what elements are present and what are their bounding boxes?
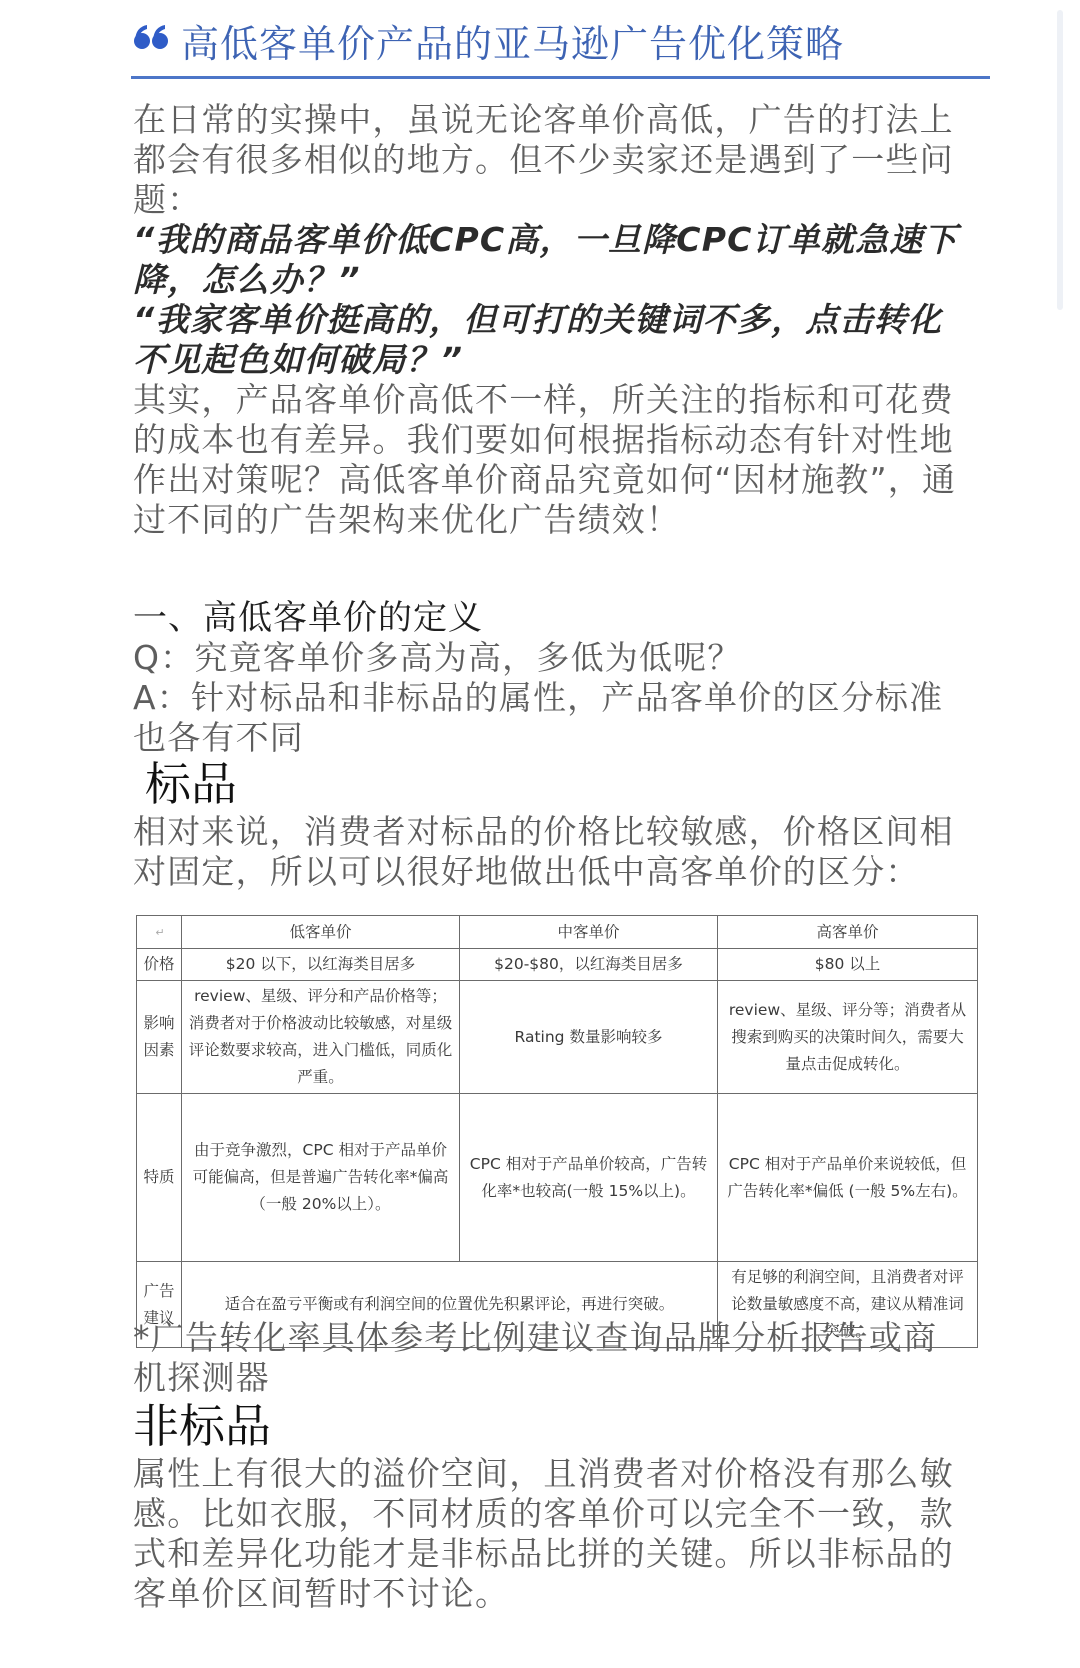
row-label: 价格 xyxy=(137,949,182,981)
nonstandard-heading: 非标品 xyxy=(133,1400,271,1452)
table-corner: ↵ xyxy=(137,916,182,949)
question-text: Q：究竟客单价多高为高，多低为低呢？ xyxy=(133,638,983,678)
intro-line: 在日常的实操中，虽说无论客单价高低，广告的打法上 xyxy=(133,100,983,140)
outro-line: 过不同的广告架构来优化广告绩效！ xyxy=(133,500,983,540)
standard-desc: 相对来说，消费者对标品的价格比较敏感，价格区间相 对固定，所以可以很好地做出低中… xyxy=(133,812,983,892)
table-row: 特质 由于竞争激烈，CPC 相对于产品单价可能偏高，但是普遍广告转化率*偏高（一… xyxy=(137,1094,978,1262)
desc-line: 式和差异化功能才是非标品比拼的关键。所以非标品的 xyxy=(133,1534,983,1574)
col-header: 高客单价 xyxy=(718,916,978,949)
footnote-line: 机探测器 xyxy=(133,1358,983,1398)
title-text: 高低客单价产品的亚马逊广告优化策略 xyxy=(181,14,844,74)
table-cell: CPC 相对于产品单价较高，广告转化率*也较高(一般 15%以上)。 xyxy=(460,1094,718,1262)
table-cell: review、星级、评分等；消费者从搜索到购买的决策时间久，需要大量点击促成转化… xyxy=(718,981,978,1094)
table-cell: $80 以上 xyxy=(718,949,978,981)
intro-line: 都会有很多相似的地方。但不少卖家还是遇到了一些问 xyxy=(133,140,983,180)
section-heading: 一、高低客单价的定义 xyxy=(133,598,483,638)
standard-heading: 标品 xyxy=(145,758,237,810)
row-label: 影响因素 xyxy=(137,981,182,1094)
scrollbar-thumb[interactable] xyxy=(1057,10,1063,310)
row-label: 特质 xyxy=(137,1094,182,1262)
intro-paragraph: 在日常的实操中，虽说无论客单价高低，广告的打法上 都会有很多相似的地方。但不少卖… xyxy=(133,100,983,540)
title-divider xyxy=(131,76,990,79)
quote-line: “我的商品客单价低CPC高，一旦降CPC订单就急速下 xyxy=(133,220,983,260)
col-header: 低客单价 xyxy=(182,916,460,949)
quote-line: 不见起色如何破局？” xyxy=(133,340,983,380)
quote-line: “我家客单价挺高的，但可打的关键词不多，点击转化 xyxy=(133,300,983,340)
quote-line: 降，怎么办？” xyxy=(133,260,983,300)
outro-line: 作出对策呢？高低客单价商品究竟如何“因材施教”，通 xyxy=(133,460,983,500)
footnote-line: *广告转化率具体参考比例建议查询品牌分析报告或商 xyxy=(133,1318,983,1358)
desc-line: 感。比如衣服，不同材质的客单价可以完全不一致，款 xyxy=(133,1494,983,1534)
answer-text: A：针对标品和非标品的属性，产品客单价的区分标准 xyxy=(133,678,983,718)
table-cell: $20 以下，以红海类目居多 xyxy=(182,949,460,981)
answer-text: 也各有不同 xyxy=(133,718,983,758)
outro-line: 的成本也有差异。我们要如何根据指标动态有针对性地 xyxy=(133,420,983,460)
price-tier-table: ↵ 低客单价 中客单价 高客单价 价格 $20 以下，以红海类目居多 $20-$… xyxy=(136,915,978,1348)
qa-block: Q：究竟客单价多高为高，多低为低呢？ A：针对标品和非标品的属性，产品客单价的区… xyxy=(133,638,983,758)
table-cell: $20-$80，以红海类目居多 xyxy=(460,949,718,981)
desc-line: 客单价区间暂时不讨论。 xyxy=(133,1574,983,1614)
table-cell: 由于竞争激烈，CPC 相对于产品单价可能偏高，但是普遍广告转化率*偏高（一般 2… xyxy=(182,1094,460,1262)
table-cell: CPC 相对于产品单价来说较低，但广告转化率*偏低 (一般 5%左右)。 xyxy=(718,1094,978,1262)
desc-line: 对固定，所以可以很好地做出低中高客单价的区分： xyxy=(133,852,983,892)
desc-line: 属性上有很大的溢价空间，且消费者对价格没有那么敏 xyxy=(133,1454,983,1494)
intro-line: 题： xyxy=(133,180,983,220)
outro-line: 其实，产品客单价高低不一样，所关注的指标和可花费 xyxy=(133,380,983,420)
table-row: 价格 $20 以下，以红海类目居多 $20-$80，以红海类目居多 $80 以上 xyxy=(137,949,978,981)
desc-line: 相对来说，消费者对标品的价格比较敏感，价格区间相 xyxy=(133,812,983,852)
table-row: 影响因素 review、星级、评分和产品价格等；消费者对于价格波动比较敏感，对星… xyxy=(137,981,978,1094)
quote-icon xyxy=(133,22,169,52)
article-title: 高低客单价产品的亚马逊广告优化策略 xyxy=(131,14,990,78)
footnote: *广告转化率具体参考比例建议查询品牌分析报告或商 机探测器 xyxy=(133,1318,983,1398)
nonstandard-desc: 属性上有很大的溢价空间，且消费者对价格没有那么敏 感。比如衣服，不同材质的客单价… xyxy=(133,1454,983,1614)
col-header: 中客单价 xyxy=(460,916,718,949)
table-header-row: ↵ 低客单价 中客单价 高客单价 xyxy=(137,916,978,949)
table-cell: Rating 数量影响较多 xyxy=(460,981,718,1094)
table-cell: review、星级、评分和产品价格等；消费者对于价格波动比较敏感，对星级评论数要… xyxy=(182,981,460,1094)
